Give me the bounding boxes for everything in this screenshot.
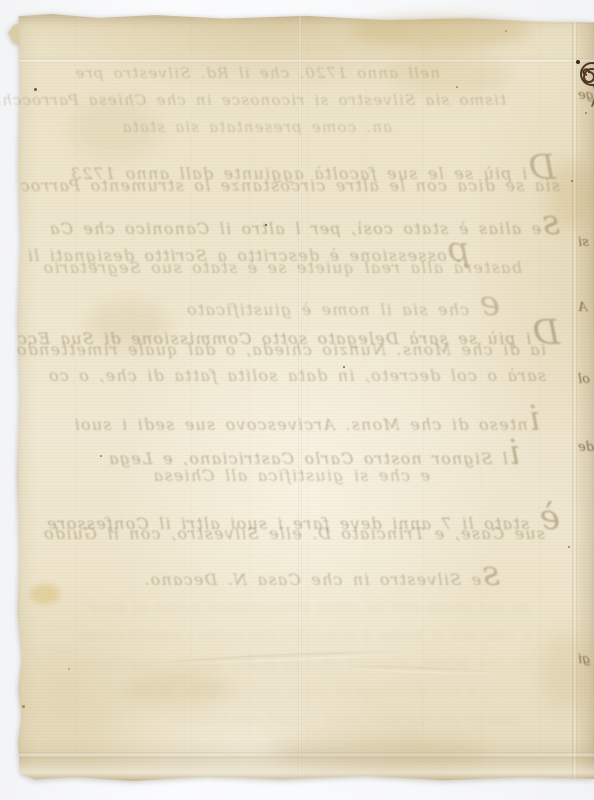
right-fold-strip <box>576 14 594 781</box>
ink-spiral-flourish-icon <box>572 54 594 110</box>
top-edge-shade <box>17 14 594 26</box>
spiral-path <box>581 63 594 85</box>
top-fold-crease <box>17 58 594 63</box>
paper-sheet <box>17 14 594 781</box>
scanned-manuscript-page: nell anno 1720. che il Rd. Silvestro pre… <box>0 0 594 800</box>
center-vertical-crease <box>298 14 302 781</box>
paper-wrinkle <box>347 664 497 675</box>
paper-wrinkle <box>167 649 397 666</box>
bottom-edge-curl-shade <box>17 739 594 781</box>
paper-wrap <box>0 0 594 800</box>
